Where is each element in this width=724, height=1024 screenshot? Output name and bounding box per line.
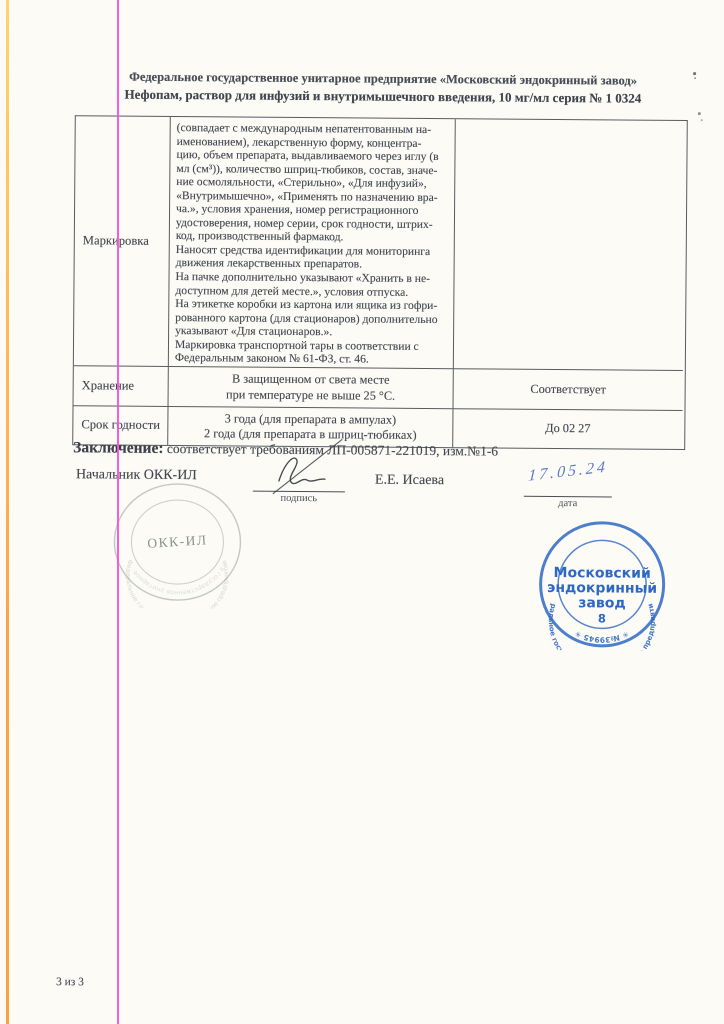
page-number: 3 из 3 xyxy=(56,976,84,988)
document-header: Федеральное государственное унитарное пр… xyxy=(78,68,688,107)
spec-table: Маркировка (совпадает с международным не… xyxy=(72,115,688,450)
scan-artifact-orange-line xyxy=(6,0,9,1024)
scan-speck xyxy=(698,112,701,115)
scan-speck xyxy=(693,72,696,75)
factory-stamp-line3: завод xyxy=(578,595,625,611)
handwritten-signature xyxy=(245,436,375,499)
marking-result-cell xyxy=(454,119,685,371)
scan-speck xyxy=(694,77,696,79)
date-caption: дата xyxy=(524,498,612,510)
storage-conditions-text: В защищенном от света местепри температу… xyxy=(169,367,454,409)
row-label-storage: Хранение xyxy=(74,366,169,407)
okk-il-stamp: Федеральное государственное унитарное пр… xyxy=(108,480,247,609)
product-title: Нефопам, раствор для инфузий и внутримыш… xyxy=(78,85,688,107)
scan-artifact-magenta-line xyxy=(117,0,119,1024)
scan-speck xyxy=(701,119,703,121)
factory-stamp: Федеральное государственное унитарное пр… xyxy=(536,518,669,651)
okk-stamp-center-text: ОКК-ИЛ xyxy=(147,532,208,551)
row-label-marking: Маркировка xyxy=(74,116,171,367)
scanned-document-page: Федеральное государственное унитарное пр… xyxy=(0,0,724,1024)
factory-stamp-number: 8 xyxy=(598,611,606,625)
marking-requirements-text: (совпадает с международным непатентованн… xyxy=(169,117,456,369)
storage-result: Соответствует xyxy=(453,369,682,411)
signer-name: Е.Е. Исаева xyxy=(375,473,444,490)
factory-stamp-line2: эндокринный xyxy=(547,580,657,597)
handwritten-date: 17.05.24 xyxy=(528,458,609,485)
